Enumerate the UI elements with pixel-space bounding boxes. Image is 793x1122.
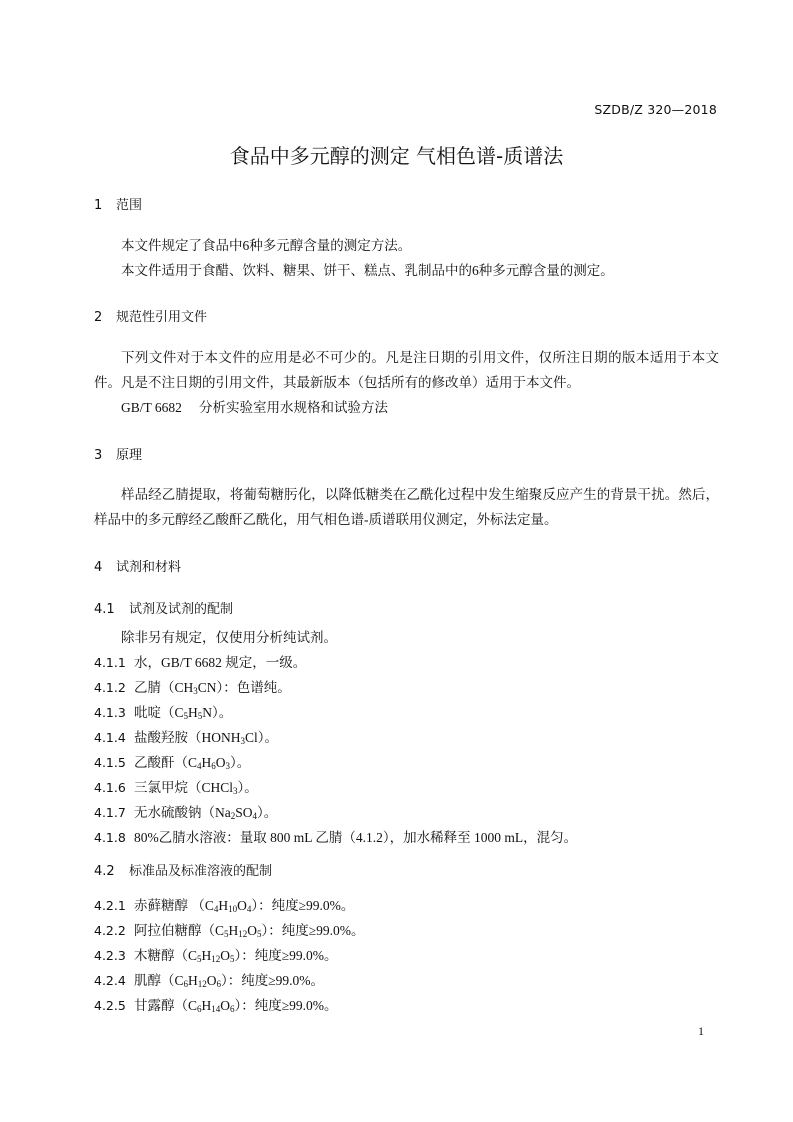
item-number: 4.1.6 xyxy=(94,780,134,795)
section-title: 原理 xyxy=(116,448,142,463)
subsection-number: 4.2 xyxy=(94,864,129,879)
item-name: 乙酸酐（ xyxy=(134,755,188,770)
paragraph: 本文件规定了食品中6种多元醇含量的测定方法。 xyxy=(94,233,719,258)
item-suffix: ）。 xyxy=(212,705,232,720)
section-title: 试剂和材料 xyxy=(116,560,181,575)
reference-title: 分析实验室用水规格和试验方法 xyxy=(199,400,388,415)
paragraph: 样品经乙腈提取，将葡萄糖肟化，以降低糖类在乙酰化过程中发生缩聚反应产生的背景干扰… xyxy=(94,482,719,532)
list-item-4-2-2: 4.2.2阿拉伯糖醇（C5H12O5）：纯度≥99.0%。 xyxy=(94,919,365,939)
list-item-4-1-4: 4.1.4盐酸羟胺（HONH3Cl）。 xyxy=(94,726,278,746)
item-suffix: ）。 xyxy=(257,805,277,820)
chemical-formula: C5H12O5 xyxy=(188,948,235,963)
section-number: 4 xyxy=(94,560,116,575)
document-code: SZDB/Z 320—2018 xyxy=(594,102,717,117)
paragraph: 本文件适用于食醋、饮料、糖果、饼干、糕点、乳制品中的6种多元醇含量的测定。 xyxy=(94,258,719,283)
paragraph: 下列文件对于本文件的应用是必不可少的。凡是注日期的引用文件，仅所注日期的版本适用… xyxy=(94,345,719,395)
section-1-heading: 1范围 xyxy=(94,194,142,213)
subsection-4-1-heading: 4.1试剂及试剂的配制 xyxy=(94,598,233,617)
item-number: 4.1.4 xyxy=(94,730,134,745)
section-2-heading: 2规范性引用文件 xyxy=(94,306,207,325)
section-number: 2 xyxy=(94,310,116,325)
item-number: 4.2.3 xyxy=(94,948,134,963)
chemical-formula: C5H12O5 xyxy=(215,923,262,938)
item-name: 阿拉伯糖醇（ xyxy=(134,923,215,938)
item-number: 4.1.8 xyxy=(94,830,134,845)
item-text: 水，GB/T 6682 规定，一级。 xyxy=(134,655,306,670)
item-number: 4.1.2 xyxy=(94,680,134,695)
item-suffix: ）：纯度≥99.0%。 xyxy=(262,923,365,938)
reference-item: GB/T 6682分析实验室用水规格和试验方法 xyxy=(121,396,388,416)
item-number: 4.1.7 xyxy=(94,805,134,820)
chemical-formula: Na2SO4 xyxy=(215,805,257,820)
list-item-4-1-1: 4.1.1水，GB/T 6682 规定，一级。 xyxy=(94,651,306,671)
document-title: 食品中多元醇的测定 气相色谱-质谱法 xyxy=(0,140,793,169)
section-number: 1 xyxy=(94,198,116,213)
item-number: 4.1.1 xyxy=(94,655,134,670)
chemical-formula: C4H10O4 xyxy=(205,898,252,913)
section-number: 3 xyxy=(94,448,116,463)
chemical-formula: C6H12O6 xyxy=(175,973,222,988)
item-name: 无水硫酸钠（ xyxy=(134,805,215,820)
item-name: 肌醇（ xyxy=(134,973,175,988)
list-item-4-2-1: 4.2.1赤藓糖醇 （C4H10O4）：纯度≥99.0%。 xyxy=(94,894,354,914)
section-title: 规范性引用文件 xyxy=(116,310,207,325)
paragraph: 除非另有规定，仅使用分析纯试剂。 xyxy=(94,625,719,650)
section-title: 范围 xyxy=(116,198,142,213)
list-item-4-1-5: 4.1.5乙酸酐（C4H6O3）。 xyxy=(94,751,250,771)
item-number: 4.1.3 xyxy=(94,705,134,720)
list-item-4-1-8: 4.1.880%乙腈水溶液：量取 800 mL 乙腈（4.1.2），加水稀释至 … xyxy=(94,826,577,846)
item-suffix: ）：纯度≥99.0%。 xyxy=(235,948,338,963)
item-text: 80%乙腈水溶液：量取 800 mL 乙腈（4.1.2），加水稀释至 1000 … xyxy=(134,830,577,845)
item-suffix: ）。 xyxy=(238,780,258,795)
list-item-4-1-7: 4.1.7无水硫酸钠（Na2SO4）。 xyxy=(94,801,277,821)
item-name: 三氯甲烷（ xyxy=(134,780,202,795)
subsection-number: 4.1 xyxy=(94,602,129,617)
section-3-heading: 3原理 xyxy=(94,444,142,463)
list-item-4-2-4: 4.2.4肌醇（C6H12O6）：纯度≥99.0%。 xyxy=(94,969,324,989)
item-name: 甘露醇（ xyxy=(134,998,188,1013)
chemical-formula: C4H6O3 xyxy=(188,755,230,770)
item-number: 4.1.5 xyxy=(94,755,134,770)
chemical-formula: C5H5N xyxy=(175,705,213,720)
chemical-formula: CH3CN xyxy=(175,680,217,695)
item-name: 乙腈（ xyxy=(134,680,175,695)
chemical-formula: C6H14O6 xyxy=(188,998,235,1013)
item-name: 吡啶（ xyxy=(134,705,175,720)
item-suffix: ）。 xyxy=(230,755,250,770)
item-suffix: ）：纯度≥99.0%。 xyxy=(251,898,354,913)
page-number: 1 xyxy=(698,1024,704,1039)
section-4-heading: 4试剂和材料 xyxy=(94,556,181,575)
item-number: 4.2.5 xyxy=(94,998,134,1013)
item-number: 4.2.1 xyxy=(94,898,134,913)
list-item-4-1-2: 4.1.2乙腈（CH3CN）：色谱纯。 xyxy=(94,676,291,696)
list-item-4-2-3: 4.2.3木糖醇（C5H12O5）：纯度≥99.0%。 xyxy=(94,944,338,964)
subsection-4-2-heading: 4.2标准品及标准溶液的配制 xyxy=(94,860,272,879)
list-item-4-1-6: 4.1.6三氯甲烷（CHCl3）。 xyxy=(94,776,258,796)
item-number: 4.2.4 xyxy=(94,973,134,988)
item-suffix: ）。 xyxy=(258,730,278,745)
subsection-title: 标准品及标准溶液的配制 xyxy=(129,864,272,879)
item-suffix: ）：纯度≥99.0%。 xyxy=(235,998,338,1013)
subsection-title: 试剂及试剂的配制 xyxy=(129,602,233,617)
item-number: 4.2.2 xyxy=(94,923,134,938)
chemical-formula: CHCl3 xyxy=(202,780,238,795)
list-item-4-1-3: 4.1.3吡啶（C5H5N）。 xyxy=(94,701,232,721)
chemical-formula: HONH3Cl xyxy=(202,730,258,745)
item-suffix: ）：色谱纯。 xyxy=(217,680,291,695)
reference-code: GB/T 6682 xyxy=(121,400,199,416)
list-item-4-2-5: 4.2.5甘露醇（C6H14O6）：纯度≥99.0%。 xyxy=(94,994,338,1014)
item-name: 赤藓糖醇 （ xyxy=(134,898,205,913)
item-name: 木糖醇（ xyxy=(134,948,188,963)
item-suffix: ）：纯度≥99.0%。 xyxy=(221,973,324,988)
item-name: 盐酸羟胺（ xyxy=(134,730,202,745)
